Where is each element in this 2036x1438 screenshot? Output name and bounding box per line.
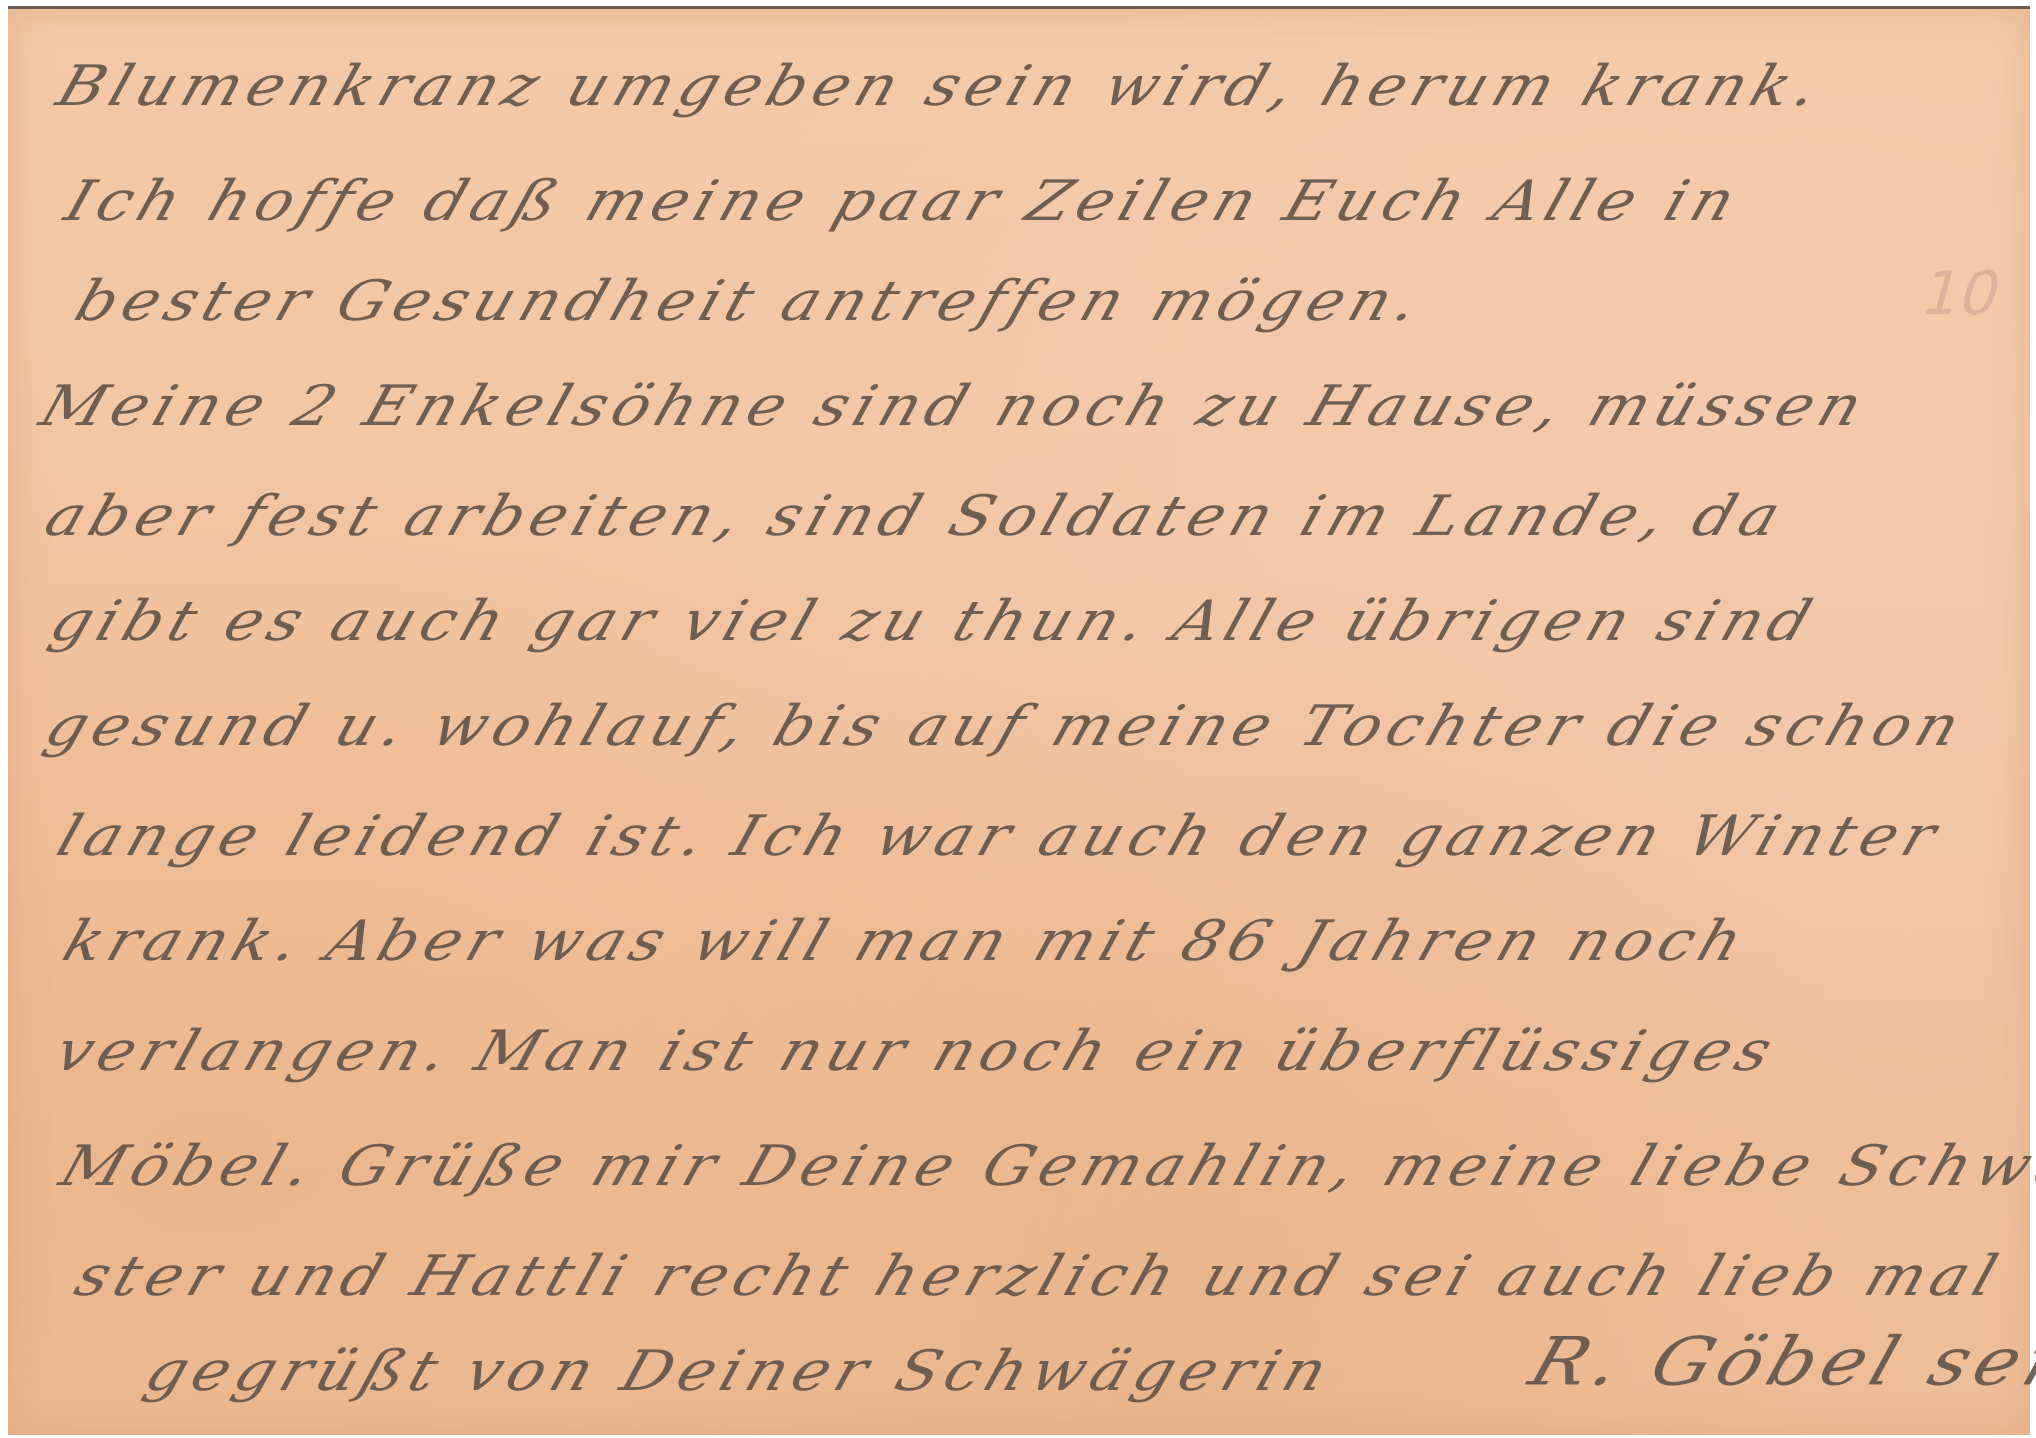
letter-line-2: Ich hoffe daß meine paar Zeilen Euch All… <box>57 168 1749 234</box>
letter-paper: Blumenkranz umgeben sein wird, herum kra… <box>8 6 2030 1435</box>
letter-closing: gegrüßt von Deiner Schwägerin <box>137 1338 1341 1404</box>
letter-line-8: lange leidend ist. Ich war auch den ganz… <box>49 803 1950 869</box>
letter-line-6: gibt es auch gar viel zu thun. Alle übri… <box>42 588 1825 654</box>
letter-line-1: Blumenkranz umgeben sein wird, herum kra… <box>49 53 1832 119</box>
letter-line-10: verlangen. Man ist nur noch ein überflüs… <box>47 1018 1786 1084</box>
letter-line-9: krank. Aber was will man mit 86 Jahren n… <box>55 908 1757 974</box>
letter-line-3: bester Gesundheit antreffen mögen. <box>67 268 1433 334</box>
letter-line-11: Möbel. Grüße mir Deine Gemahlin, meine l… <box>52 1133 2036 1199</box>
letter-line-4: Meine 2 Enkelsöhne sind noch zu Hause, m… <box>32 373 1876 439</box>
signature: R. Göbel sen. <box>1520 1323 2036 1400</box>
letter-line-5: aber fest arbeiten, sind Soldaten im Lan… <box>37 483 1794 549</box>
pencil-page-number: 10 <box>1914 259 2009 329</box>
letter-line-7: gesund u. wohlauf, bis auf meine Tochter… <box>37 693 1974 759</box>
letter-line-12: ster und Hattli recht herzlich und sei a… <box>67 1243 2011 1309</box>
